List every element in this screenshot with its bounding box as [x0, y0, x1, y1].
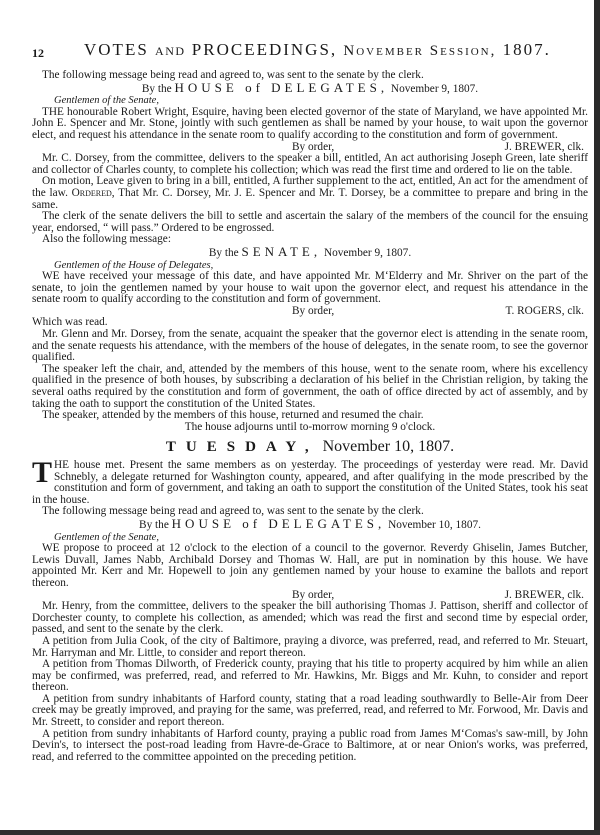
message-text: WE propose to proceed at 12 o'clock to t…: [32, 543, 588, 589]
document-body: The following message being read and agr…: [32, 70, 588, 763]
paragraph: A petition from Thomas Dilworth, of Fred…: [32, 659, 588, 694]
scan-edge-right: [594, 0, 600, 835]
paragraph: A petition from sundry inhabitants of Ha…: [32, 729, 588, 764]
running-header: 12 VOTES AND PROCEEDINGS, November Sessi…: [32, 40, 590, 62]
page-number: 12: [32, 46, 44, 61]
paragraph: A petition from sundry inhabitants of Ha…: [32, 694, 588, 729]
paragraph: The clerk of the senate delivers the bil…: [32, 211, 588, 234]
paragraph: A petition from Julia Cook, of the city …: [32, 636, 588, 659]
paragraph: The speaker left the chair, and, attende…: [32, 364, 588, 410]
message-heading: By the HOUSE of DELEGATES, November 10, …: [32, 518, 588, 532]
running-title: VOTES AND PROCEEDINGS, November Session,…: [84, 40, 551, 60]
paragraph: Mr. Glenn and Mr. Dorsey, from the senat…: [32, 329, 588, 364]
paragraph: Mr. C. Dorsey, from the committee, deliv…: [32, 153, 588, 176]
message-text: WE have received your message of this da…: [32, 271, 588, 306]
paragraph: Mr. Henry, from the committee, delivers …: [32, 601, 588, 636]
adjournment: The house adjourns until to-morrow morni…: [32, 422, 588, 434]
paragraph: On motion, Leave given to bring in a bil…: [32, 176, 588, 211]
scan-edge-bottom: [0, 830, 600, 835]
signature-line: By order, T. ROGERS, clk.: [32, 306, 588, 318]
message-text: THE honourable Robert Wright, Esquire, h…: [32, 107, 588, 142]
paragraph: THE house met. Present the same members …: [32, 460, 588, 506]
message-heading: By the SENATE, November 9, 1807.: [32, 246, 588, 260]
day-heading: TUESDAY, November 10, 1807.: [32, 441, 588, 454]
message-heading: By the HOUSE of DELEGATES, November 9, 1…: [32, 82, 588, 96]
drop-cap: T: [32, 462, 52, 484]
